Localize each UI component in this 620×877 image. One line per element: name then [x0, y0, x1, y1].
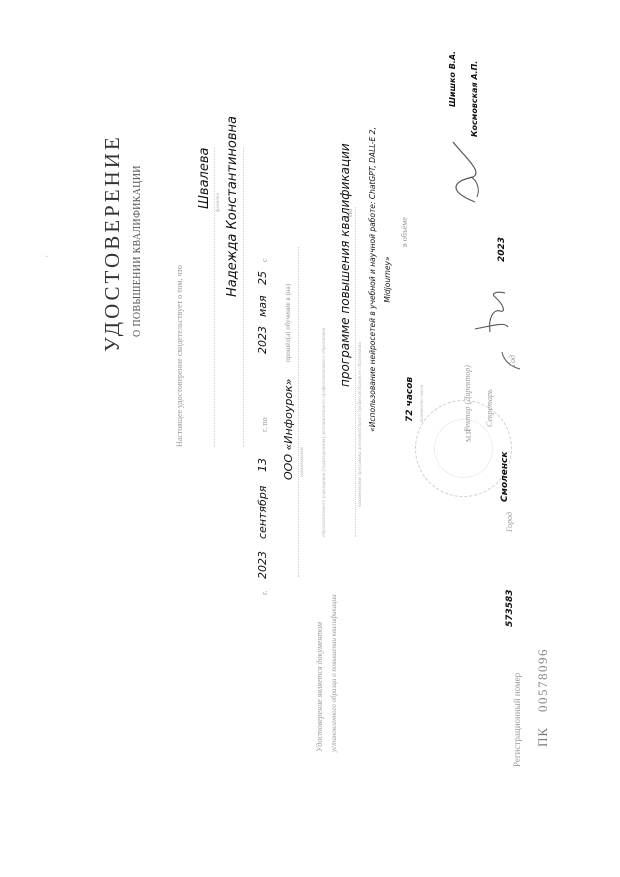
- certificate-title: УДОСТОВЕРЕНИЕ: [100, 134, 125, 352]
- intro-text: Настоящее удостоверение свидетельствует …: [175, 265, 184, 447]
- form-number: 00578096: [535, 648, 551, 712]
- period-from-prefix: с: [260, 258, 269, 262]
- program-type: программе повышения квалификации: [338, 143, 352, 387]
- surname-caption: фамилия: [216, 193, 221, 212]
- surname-line: [214, 147, 215, 447]
- org-caption-line: образовательного учреждения (подразделен…: [322, 328, 327, 537]
- course-name: «Использование нейросетей в учебной и на…: [365, 127, 395, 432]
- rector-signature-icon: [445, 137, 485, 207]
- registration-number: 573583: [505, 589, 515, 627]
- validity-line-1: Удостоверение является документом: [315, 622, 324, 752]
- certificate-subtitle: О ПОВЫШЕНИИ КВАЛИФИКАЦИИ: [132, 165, 143, 337]
- year: 2023: [497, 237, 507, 262]
- given-names-line: [243, 147, 244, 447]
- validity-line-2: установленного образца о повышении квали…: [330, 594, 338, 752]
- period-to-day: 13: [256, 458, 269, 472]
- certificate-page: УДОСТОВЕРЕНИЕ О ПОВЫШЕНИИ КВАЛИФИКАЦИИ Н…: [0, 0, 620, 877]
- hours: 72 часов: [405, 377, 415, 422]
- program-caption: наименование программы дополнительного п…: [358, 342, 363, 507]
- corner-mark: г: [45, 255, 50, 257]
- registration-label: Регистрационный номер: [512, 673, 522, 767]
- secretary-signature-icon: [470, 287, 510, 337]
- organization-line: [298, 247, 299, 577]
- period-year-suffix: г.: [260, 591, 269, 595]
- secretary-label: Секретарь: [485, 389, 494, 427]
- surname: Швалева: [197, 148, 212, 209]
- city: Смоленск: [500, 451, 510, 502]
- year-label: Год: [508, 355, 517, 367]
- period-to-prefix: г. по: [260, 417, 269, 432]
- program-line: [355, 207, 356, 537]
- period-to-year: 2023: [256, 551, 269, 579]
- period-from-day: 25: [256, 271, 269, 285]
- rector-name: Шишко В.А.: [448, 51, 457, 107]
- city-label: Город: [505, 512, 514, 532]
- period-from-year: 2023: [256, 326, 269, 354]
- period-from-month: мая: [256, 295, 269, 317]
- organization: ООО «Инфоурок»: [282, 379, 295, 480]
- hours-caption: количество часов: [420, 385, 425, 422]
- organization-caption: наименование: [300, 447, 305, 477]
- given-names: Надежда Константиновна: [225, 116, 240, 297]
- form-series: ПК: [535, 727, 551, 747]
- secretary-name: Космовская А.П.: [470, 61, 479, 137]
- trained-at-label: прошёл(а) обучение в (на): [284, 284, 292, 362]
- rector-label: Ректор (Директор): [463, 365, 472, 432]
- period-to-month: сентября: [256, 486, 269, 539]
- volume-prefix: в объёме: [400, 217, 409, 247]
